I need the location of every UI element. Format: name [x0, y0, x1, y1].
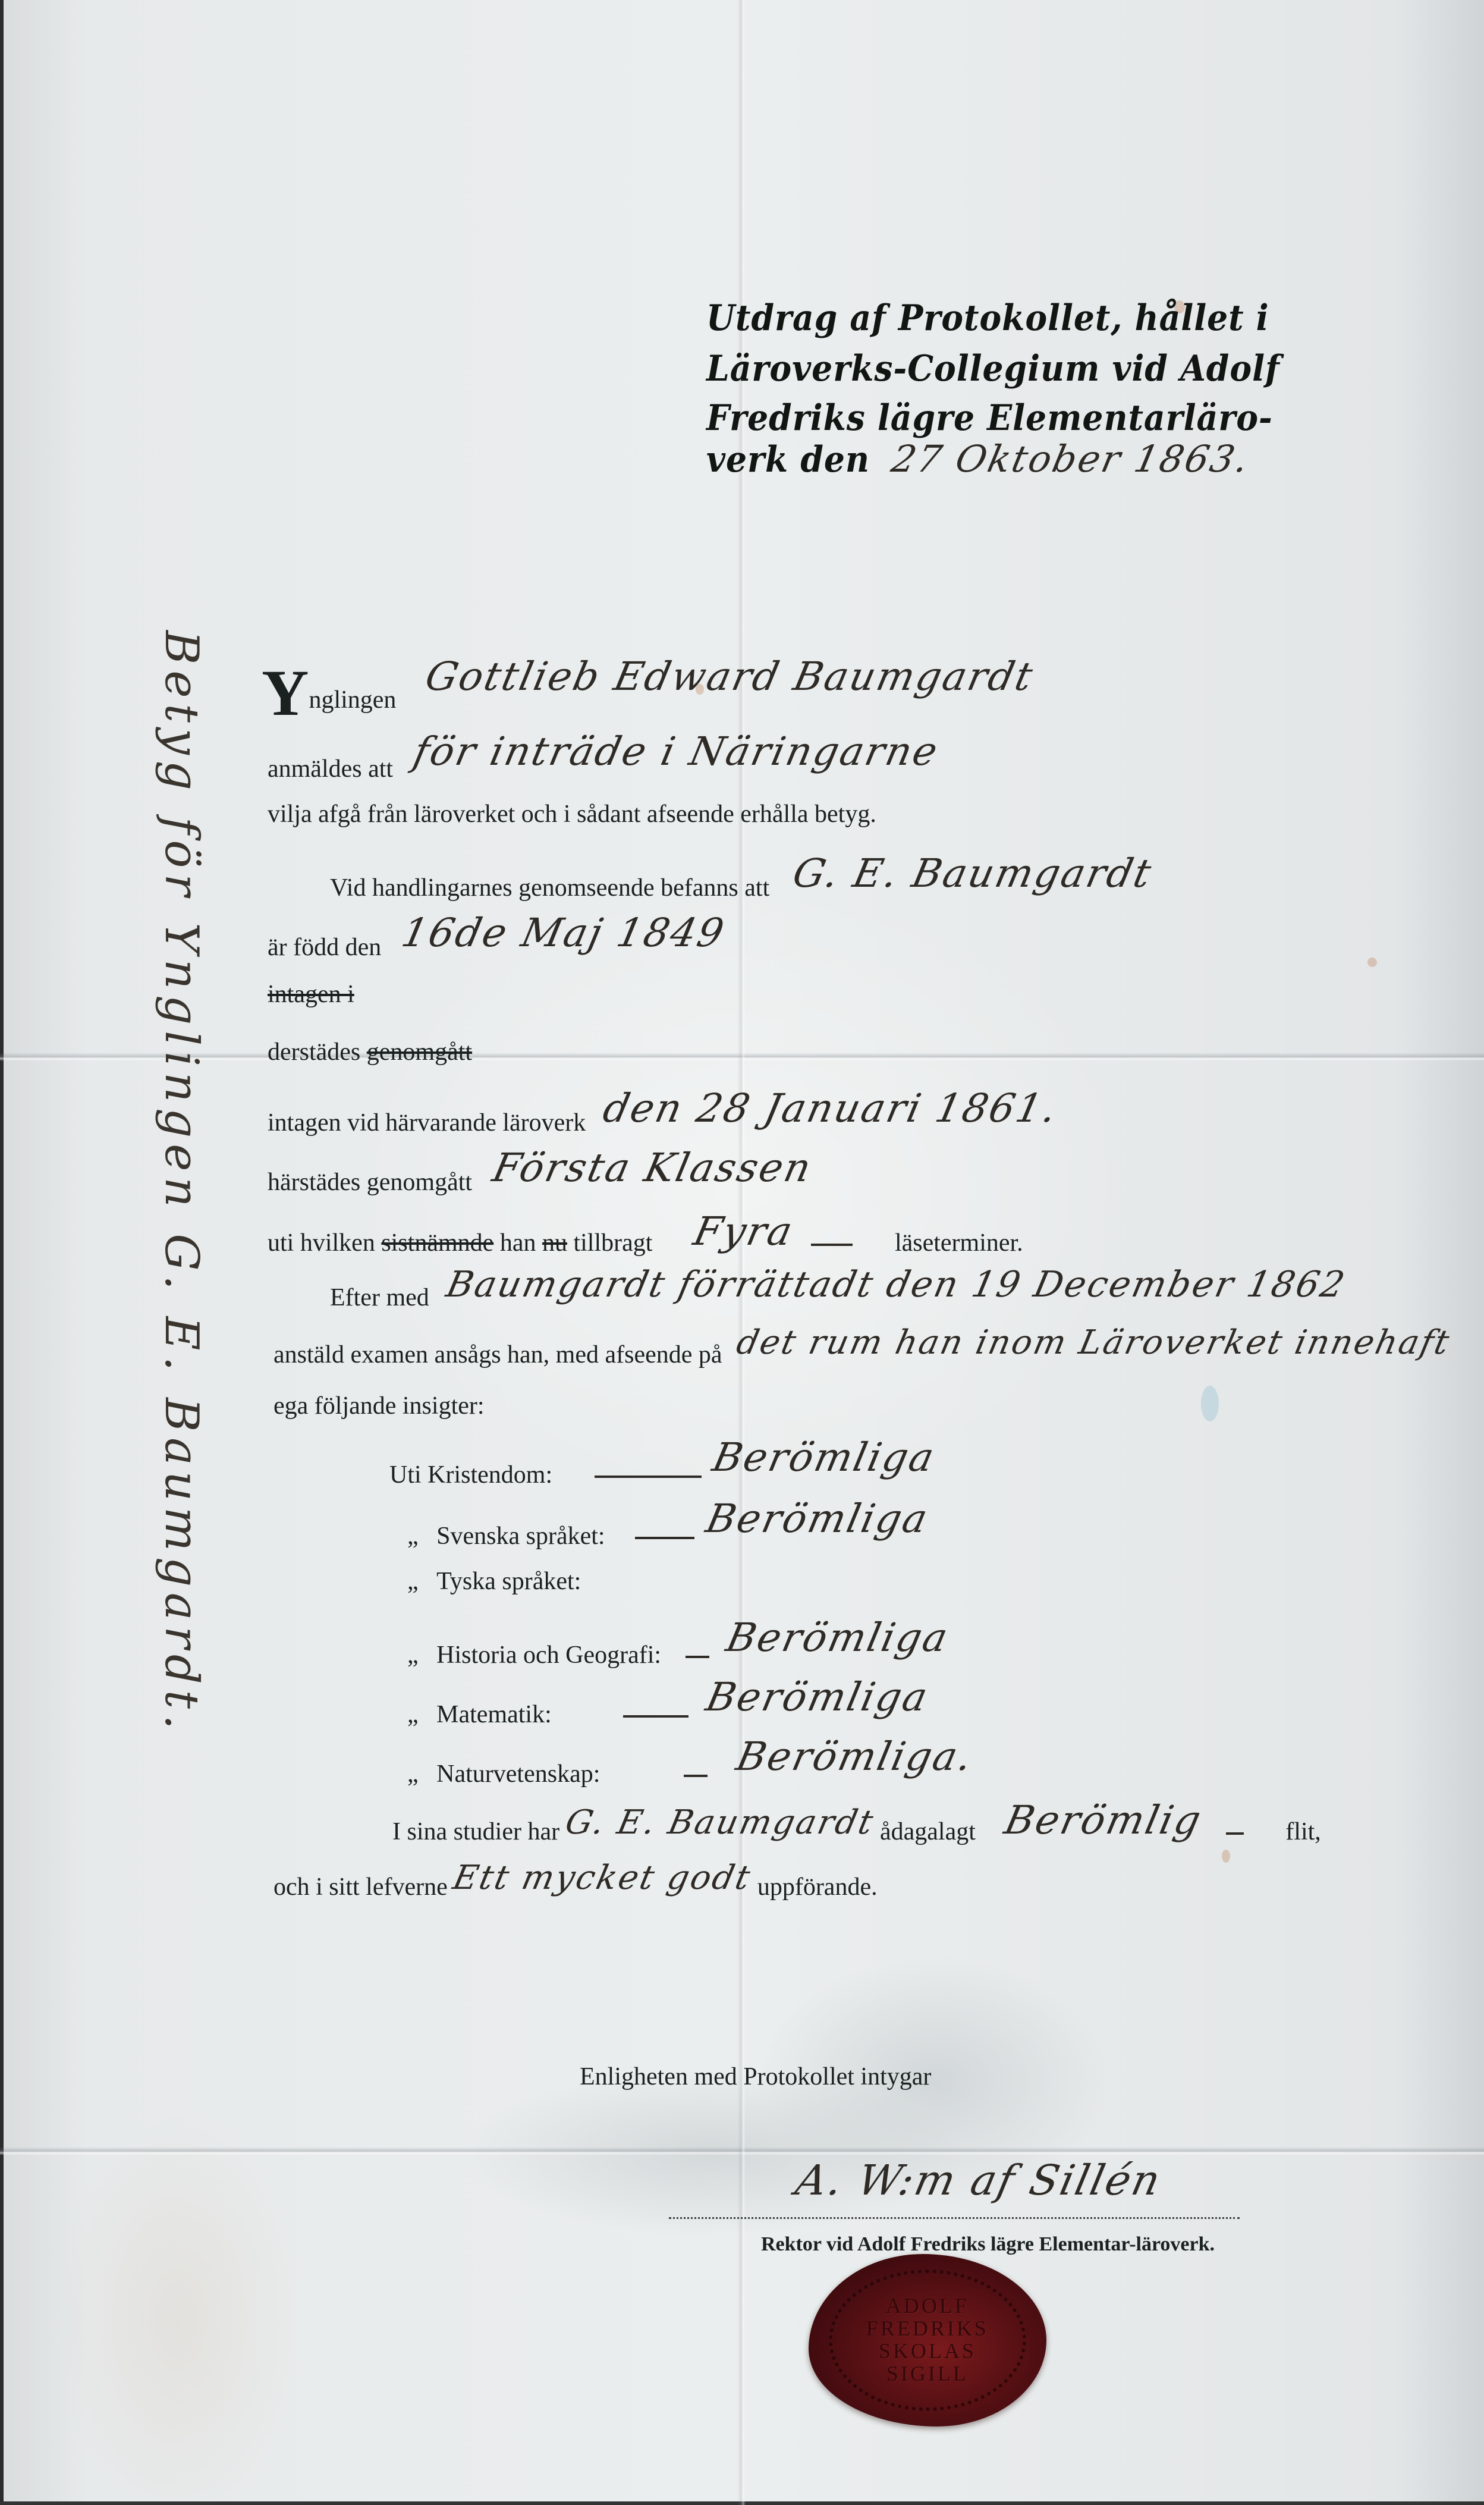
filler-dash — [684, 1775, 708, 1777]
uti-hvilken-tail: läseterminer. — [895, 1229, 1023, 1257]
befanns-value: G. E. Baumgardt — [789, 850, 1157, 896]
subject-row-svenska: „ Svenska språket: Berömliga — [407, 1508, 928, 1553]
conduct-prefix: och i sitt lefverne — [273, 1873, 448, 1901]
uti-hvilken-prefix: uti hvilken — [268, 1229, 375, 1257]
ditto-mark: „ — [407, 1641, 419, 1669]
filler-dash — [595, 1476, 702, 1478]
subject-row-tyska: „ Tyska språket: — [407, 1567, 581, 1596]
stain — [1367, 958, 1377, 967]
filler-dash — [623, 1715, 688, 1718]
seal-line: SKOLAS — [879, 2340, 976, 2363]
seal-inscription: ADOLF FREDRIKS SKOLAS SIGILL — [829, 2269, 1026, 2411]
anmaldes-value: för inträde i Näringarne — [409, 729, 942, 774]
subject-label: Historia och Geografi: — [436, 1641, 661, 1669]
subject-label: Uti Kristendom: — [389, 1461, 552, 1489]
filler-dash — [686, 1656, 709, 1658]
seal-line: FREDRIKS — [866, 2318, 989, 2340]
studies-mid: ådagalagt — [880, 1818, 976, 1845]
conduct-grade: Ett mycket godt — [449, 1859, 755, 1897]
header-line-4: verk den 27 Oktober 1863. — [706, 437, 1249, 481]
befanns-label: Vid handlingarnes genomseende befanns at… — [330, 874, 769, 902]
subject-label: Matematik: — [436, 1701, 552, 1728]
subject-grade: Berömliga. — [732, 1734, 978, 1779]
efter-med-line: Efter med Baumgardt förrättadt den 19 De… — [330, 1273, 1345, 1314]
drop-cap: Y — [262, 657, 309, 729]
exam-date: Baumgardt förrättadt den 19 December 186… — [443, 1264, 1350, 1305]
subject-label: Tyska språket: — [436, 1568, 581, 1595]
derstades-genomgatt: genomgått — [367, 1038, 472, 1066]
ditto-mark: „ — [407, 1523, 419, 1550]
student-name: Gottlieb Edward Baumgardt — [422, 654, 1038, 699]
subject-grade: Berömliga — [709, 1434, 940, 1480]
struck-sistnamnde: sistnämnde — [381, 1229, 493, 1257]
subject-row-naturvetenskap: „ Naturvetenskap: Berömliga. — [407, 1746, 973, 1791]
terms-count: Fyra — [690, 1208, 798, 1254]
ynglingen-line: Ynglingen Gottlieb Edward Baumgardt — [262, 660, 1033, 726]
subject-row-historia: „ Historia och Geografi: Berömliga — [407, 1627, 948, 1672]
anstald-line: anstäld examen ansågs han, med afseende … — [273, 1332, 1450, 1371]
signature-rule — [669, 2217, 1240, 2219]
seal-line: SIGILL — [886, 2363, 969, 2385]
uti-hvilken-line: uti hvilken sistnämnde han nu tillbragt … — [268, 1214, 1023, 1260]
attestation-statement: Enligheten med Protokollet intygar — [580, 2063, 931, 2091]
befanns-line: Vid handlingarnes genomseende befanns at… — [330, 859, 1152, 905]
ditto-mark: „ — [407, 1701, 419, 1728]
birth-date: 16de Maj 1849 — [398, 910, 730, 956]
derstades-label: derstädes — [268, 1038, 360, 1066]
struck-nu: nu — [542, 1229, 567, 1257]
anmaldes-line: anmäldes att för inträde i Näringarne — [268, 740, 938, 786]
fodd-label: är född den — [268, 934, 381, 961]
studies-line: I sina studier har G. E. Baumgardt ådaga… — [392, 1803, 1321, 1849]
subject-grade: Berömliga — [702, 1496, 933, 1542]
filler-dash — [635, 1537, 694, 1539]
header-line-4-text: verk den — [706, 439, 870, 481]
intagen-vid-line: intagen vid härvarande läroverk den 28 J… — [268, 1094, 1057, 1140]
anstald-label: anstäld examen ansågs han, med afseende … — [273, 1341, 722, 1368]
uti-hvilken-han: han — [500, 1229, 536, 1257]
diligence-grade: Berömlig — [1001, 1797, 1206, 1843]
rector-title: Rektor vid Adolf Fredriks lägre Elementa… — [761, 2233, 1215, 2256]
subject-label: Svenska språket: — [436, 1523, 605, 1550]
derstades-line: derstädes genomgått — [268, 1038, 472, 1066]
class-completed: Första Klassen — [488, 1145, 816, 1191]
header-line-3: Fredriks lägre Elementarläro- — [706, 397, 1273, 439]
subject-grade: Berömliga — [722, 1615, 954, 1660]
ditto-mark: „ — [407, 1568, 419, 1595]
intagen-i-line: intagen i — [268, 980, 354, 1009]
rector-signature: A. W:m af Sillén — [791, 2156, 1166, 2205]
subject-row-kristendom: Uti Kristendom: Berömliga — [389, 1446, 935, 1492]
studies-name: G. E. Baumgardt — [562, 1803, 878, 1842]
ega-line: ega följande insigter: — [273, 1392, 485, 1420]
margin-note: Betyg för Ynglingen G. E. Baumgardt. — [155, 630, 208, 1735]
harstades-label: härstädes genomgått — [268, 1169, 472, 1196]
fodd-line: är född den 16de Maj 1849 — [268, 919, 724, 965]
anstald-value: det rum han inom Läroverket innehaft — [733, 1323, 1454, 1362]
stain — [1222, 1850, 1230, 1863]
seal-line: ADOLF — [886, 2295, 969, 2318]
subject-row-matematik: „ Matematik: Berömliga — [407, 1686, 928, 1732]
admission-date: den 28 Januari 1861. — [599, 1085, 1062, 1131]
harstades-line: härstädes genomgått Första Klassen — [268, 1154, 812, 1200]
header-line-2: Läroverks-Collegium vid Adolf — [706, 348, 1280, 390]
efter-med-label: Efter med — [330, 1284, 429, 1311]
stain-blue — [1201, 1386, 1219, 1421]
conduct-suffix: uppförande. — [757, 1873, 878, 1901]
subject-label: Naturvetenskap: — [436, 1760, 600, 1788]
filler-dash — [1226, 1832, 1244, 1835]
intagen-vid-label: intagen vid härvarande läroverk — [268, 1109, 586, 1137]
scan-edge-left — [0, 0, 4, 2505]
vilja-line: vilja afgå från läroverket och i sådant … — [268, 800, 876, 828]
subject-grade: Berömliga — [702, 1674, 933, 1720]
uti-hvilken-tillbragt: tillbragt — [573, 1229, 652, 1257]
ditto-mark: „ — [407, 1760, 419, 1788]
header-date: 27 Oktober 1863. — [888, 437, 1254, 481]
wax-seal: ADOLF FREDRIKS SKOLAS SIGILL — [809, 2254, 1046, 2426]
conduct-line: och i sitt lefverne Ett mycket godt uppf… — [273, 1864, 878, 1903]
studies-suffix: flit, — [1285, 1818, 1321, 1845]
studies-prefix: I sina studier har — [392, 1818, 559, 1845]
filler-dash — [811, 1244, 853, 1246]
ynglingen-label: nglingen — [309, 686, 396, 714]
anmaldes-label: anmäldes att — [268, 755, 393, 783]
header-line-1: Utdrag af Protokollet, hållet i — [706, 297, 1269, 339]
